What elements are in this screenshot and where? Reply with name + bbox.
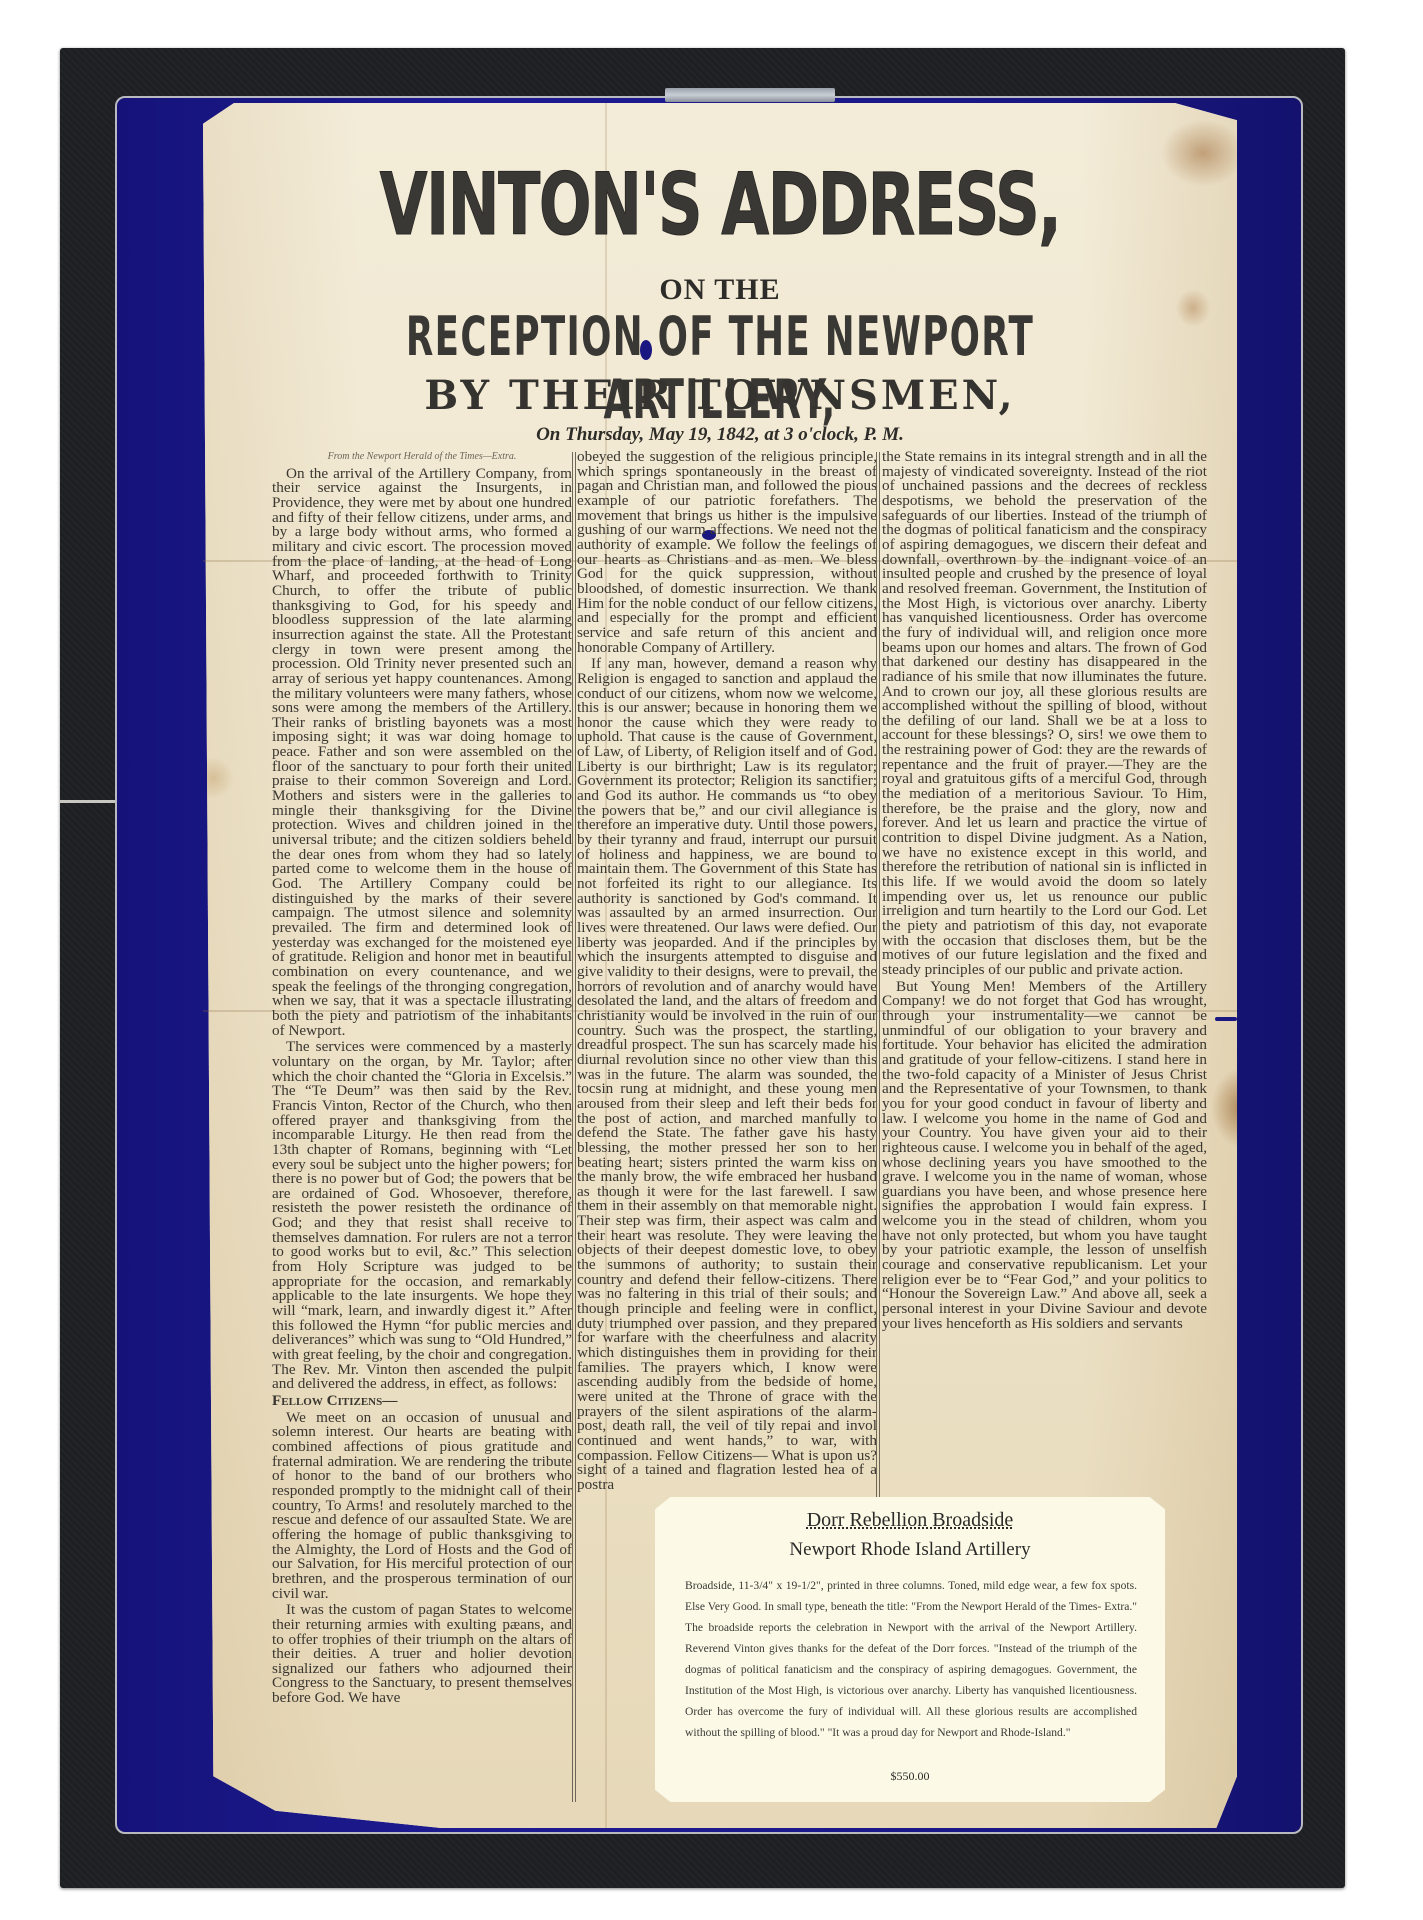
broadside-by-line: BY THEIR TOWNSMEN, [203, 372, 1237, 419]
card-price: $550.00 [655, 1769, 1165, 1784]
metal-clip [665, 88, 835, 102]
paragraph: If any man, however, demand a reason why… [577, 657, 877, 1492]
frame-seam [60, 800, 116, 803]
description-card: Dorr Rebellion Broadside Newport Rhode I… [655, 1497, 1165, 1802]
card-title: Dorr Rebellion Broadside [655, 1509, 1165, 1532]
paragraph: It was the custom of pagan States to wel… [272, 1603, 572, 1706]
paragraph: The services were commenced by a masterl… [272, 1040, 572, 1392]
column-1: From the Newport Herald of the Times—Ext… [272, 450, 572, 1810]
card-description: Broadside, 11-3/4" x 19-1/2", printed in… [685, 1575, 1137, 1743]
column-rule [572, 452, 576, 1802]
salutation: Fellow Citizens— [272, 1394, 572, 1409]
card-subtitle: Newport Rhode Island Artillery [655, 1539, 1165, 1561]
source-line: From the Newport Herald of the Times—Ext… [272, 450, 572, 465]
paragraph: the State remains in its integral streng… [882, 450, 1207, 978]
paragraph: But Young Men! Members of the Artillery … [882, 980, 1207, 1332]
broadside-on-the: ON THE [203, 273, 1237, 307]
paragraph: On the arrival of the Artillery Company,… [272, 467, 572, 1039]
broadside-title: VINTON'S ADDRESS, [348, 155, 1092, 255]
paragraph: obeyed the suggestion of the religious p… [577, 450, 877, 655]
mat-showing-through-tear [1215, 1017, 1237, 1021]
broadside-date-line: On Thursday, May 19, 1842, at 3 o'clock,… [203, 424, 1237, 446]
paragraph: We meet on an occasion of unusual and so… [272, 1411, 572, 1602]
